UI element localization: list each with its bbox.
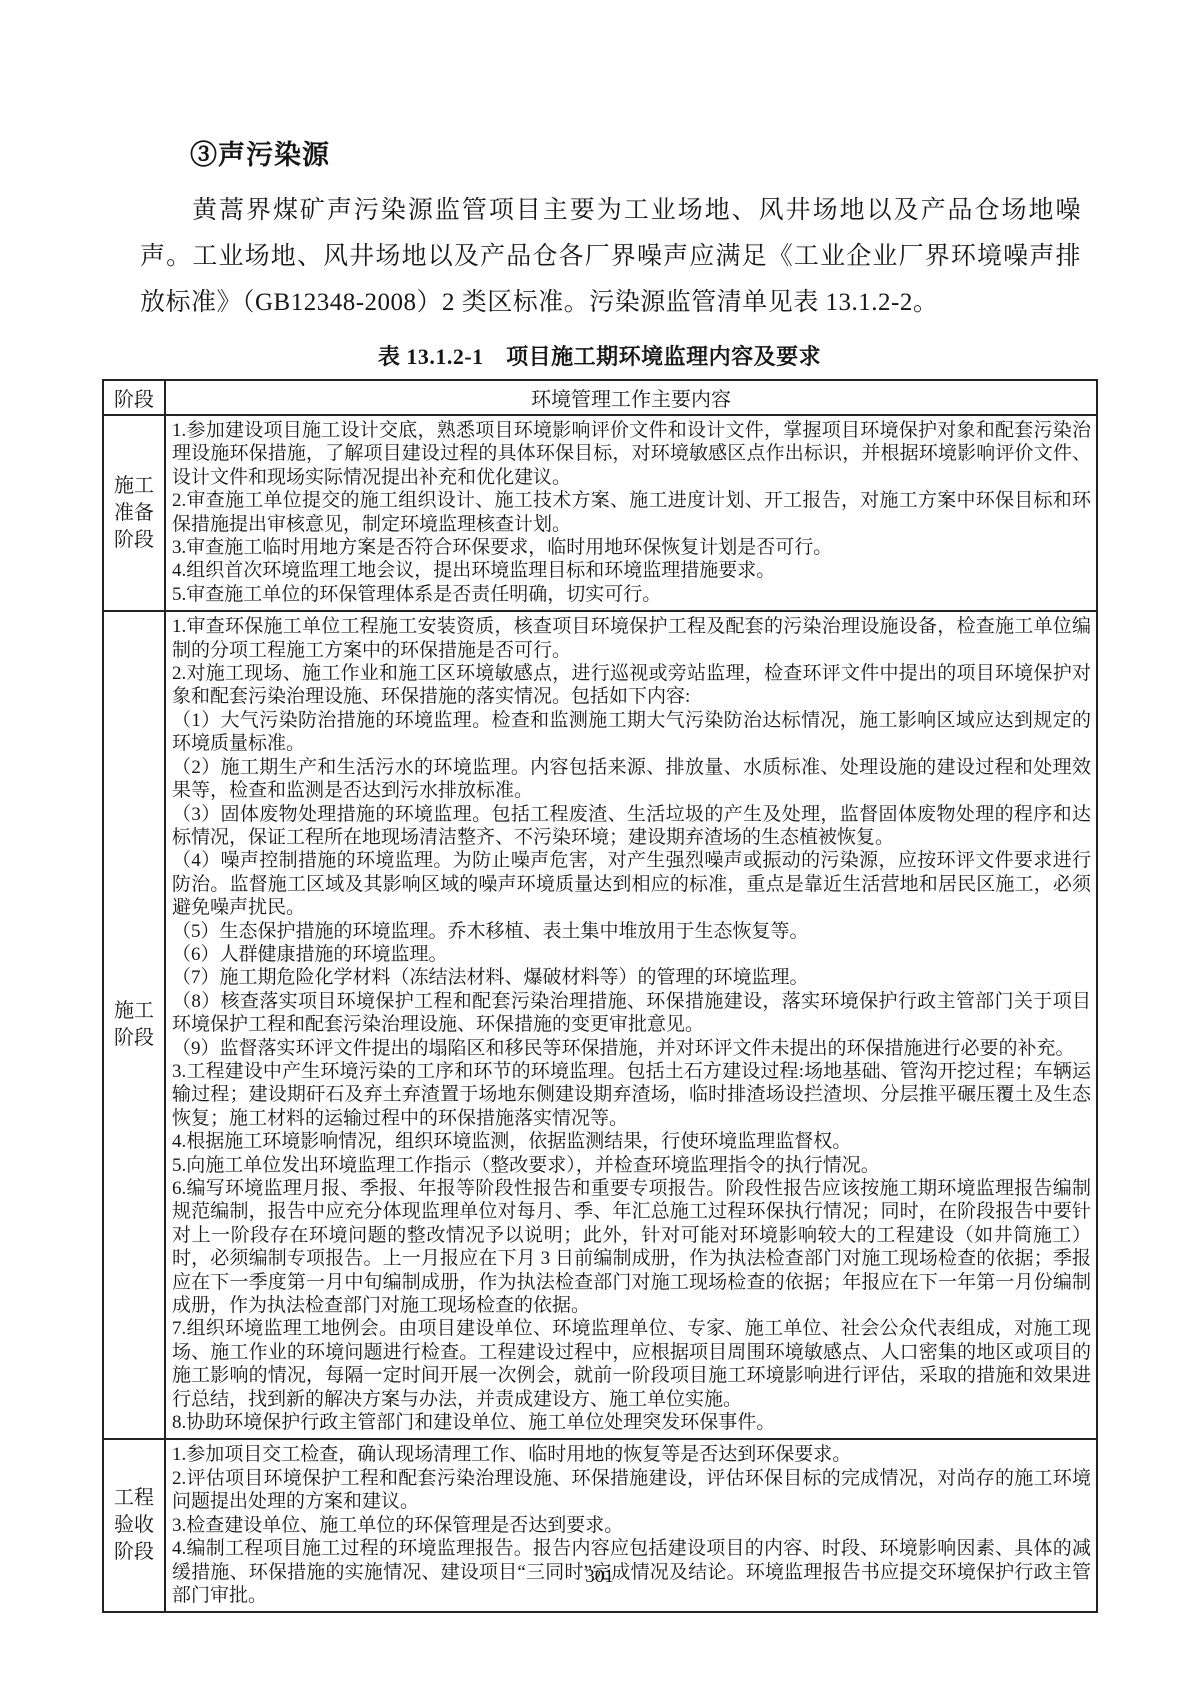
monitoring-table: 阶段 环境管理工作主要内容 施工 准备 阶段 1.参加建设项目施工设计交底，熟悉…: [102, 379, 1098, 1613]
work-item: 2.审查施工单位提交的施工组织设计、施工技术方案、施工进度计划、开工报告，对施工…: [172, 489, 1091, 536]
work-item: （7）施工期危险化学材料（冻结法材料、爆破材料等）的管理的环境监理。: [172, 966, 1091, 989]
work-item: （6）人群健康措施的环境监理。: [172, 943, 1091, 966]
table-title: 表 13.1.2-1 项目施工期环境监理内容及要求: [0, 340, 1199, 371]
stage-label-construction: 施工 阶段: [103, 611, 165, 1439]
work-item: （9）监督落实环评文件提出的塌陷区和移民等环保措施，并对环评文件未提出的环保措施…: [172, 1037, 1091, 1060]
table-header-row: 阶段 环境管理工作主要内容: [103, 380, 1097, 415]
stage-label-preparation: 施工 准备 阶段: [103, 415, 165, 611]
work-item: 5.审查施工单位的环保管理体系是否责任明确，切实可行。: [172, 583, 1091, 606]
intro-paragraph: 黄蒿界煤矿声污染源监管项目主要为工业场地、风井场地以及产品仓场地噪声。工业场地、…: [140, 188, 1081, 326]
work-item: 3.工程建设中产生环境污染的工序和环节的环境监理。包括土石方建设过程:场地基础、…: [172, 1060, 1091, 1130]
stage-content-construction: 1.审查环保施工单位工程施工安装资质，核查项目环境保护工程及配套的污染治理设施设…: [165, 611, 1097, 1439]
section-heading: ③声污染源: [190, 133, 1199, 172]
work-item: 1.审查环保施工单位工程施工安装资质，核查项目环境保护工程及配套的污染治理设施设…: [172, 615, 1091, 662]
work-item: 2.评估项目环境保护工程和配套污染治理设施、环保措施建设，评估环保目标的完成情况…: [172, 1467, 1091, 1514]
work-item: （3）固体废物处理措施的环境监理。包括工程废渣、生活垃圾的产生及处理，监督固体废…: [172, 803, 1091, 850]
work-item: 5.向施工单位发出环境监理工作指示（整改要求），并检查环境监理指令的执行情况。: [172, 1154, 1091, 1177]
work-item: 1.参加项目交工检查，确认现场清理工作、临时用地的恢复等是否达到环保要求。: [172, 1443, 1091, 1466]
work-item: （5）生态保护措施的环境监理。乔木移植、表土集中堆放用于生态恢复等。: [172, 920, 1091, 943]
work-item: 2.对施工现场、施工作业和施工区环境敏感点，进行巡视或旁站监理，检查环评文件中提…: [172, 662, 1091, 709]
table-row: 施工 准备 阶段 1.参加建设项目施工设计交底，熟悉项目环境影响评价文件和设计文…: [103, 415, 1097, 611]
work-item: 6.编写环境监理月报、季报、年报等阶段性报告和重要专项报告。阶段性报告应该按施工…: [172, 1177, 1091, 1317]
work-item: （4）噪声控制措施的环境监理。为防止噪声危害，对产生强烈噪声或振动的污染源，应按…: [172, 849, 1091, 919]
page-number: 301: [0, 1566, 1199, 1588]
header-content: 环境管理工作主要内容: [165, 380, 1097, 415]
stage-content-preparation: 1.参加建设项目施工设计交底，熟悉项目环境影响评价文件和设计文件，掌握项目环境保…: [165, 415, 1097, 611]
document-page: ③声污染源 黄蒿界煤矿声污染源监管项目主要为工业场地、风井场地以及产品仓场地噪声…: [0, 0, 1199, 1696]
work-item: 8.协助环境保护行政主管部门和建设单位、施工单位处理突发环保事件。: [172, 1411, 1091, 1434]
work-item: 4.根据施工环境影响情况，组织环境监测，依据监测结果，行使环境监理监督权。: [172, 1130, 1091, 1153]
work-item: 7.组织环境监理工地例会。由项目建设单位、环境监理单位、专家、施工单位、社会公众…: [172, 1317, 1091, 1411]
work-item: 3.检查建设单位、施工单位的环保管理是否达到要求。: [172, 1514, 1091, 1537]
work-item: （8）核查落实项目环境保护工程和配套污染治理措施、环保措施建设，落实环境保护行政…: [172, 990, 1091, 1037]
work-item: 4.组织首次环境监理工地会议，提出环境监理目标和环境监理措施要求。: [172, 559, 1091, 582]
work-item: 1.参加建设项目施工设计交底，熟悉项目环境影响评价文件和设计文件，掌握项目环境保…: [172, 419, 1091, 489]
table-row: 施工 阶段 1.审查环保施工单位工程施工安装资质，核查项目环境保护工程及配套的污…: [103, 611, 1097, 1439]
header-stage: 阶段: [103, 380, 165, 415]
work-item: （1）大气污染防治措施的环境监理。检查和监测施工期大气污染防治达标情况，施工影响…: [172, 709, 1091, 756]
work-item: 3.审查施工临时用地方案是否符合环保要求，临时用地环保恢复计划是否可行。: [172, 536, 1091, 559]
work-item: （2）施工期生产和生活污水的环境监理。内容包括来源、排放量、水质标准、处理设施的…: [172, 756, 1091, 803]
